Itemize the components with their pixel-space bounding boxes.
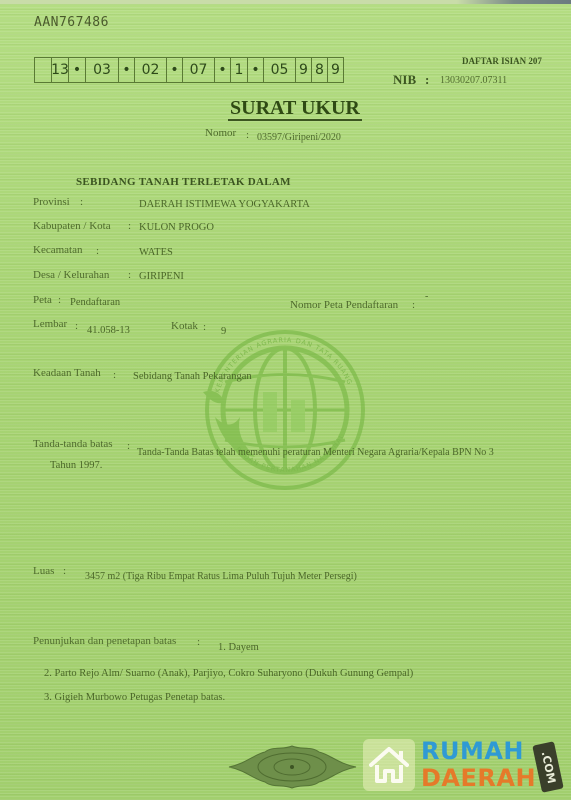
nomor-label: Nomor	[205, 127, 236, 139]
form-name: DAFTAR ISIAN 207	[462, 56, 542, 66]
kotak-colon: :	[203, 321, 206, 333]
desa-label: Desa / Kelurahan	[33, 269, 109, 281]
nomor-colon: :	[246, 129, 249, 141]
house-icon-background	[363, 739, 415, 791]
code-cell-pad	[35, 58, 52, 82]
logo-word-daerah: DAERAH	[421, 764, 536, 792]
lembar-value: 41.058-13	[87, 325, 130, 336]
nomor-value: 03597/Giripeni/2020	[257, 132, 341, 143]
kotak-label: Kotak	[171, 320, 198, 332]
document-title: SURAT UKUR	[228, 97, 362, 121]
batas-value-line2: Tahun 1997.	[50, 460, 102, 471]
kecamatan-colon: :	[96, 245, 99, 257]
code-cell: 03	[86, 58, 119, 82]
code-cell: 05	[264, 58, 296, 82]
bpn-emblem-watermark: KEMENTERIAN AGRARIA DAN TATA RUANG BADAN…	[195, 322, 375, 497]
desa-colon: :	[128, 269, 131, 281]
keadaan-value: Sebidang Tanah Pekarangan	[133, 371, 252, 382]
logo-com-text: .COM	[538, 750, 557, 785]
code-cell: •	[69, 58, 86, 82]
nomor-peta-value: -	[425, 291, 428, 302]
house-icon	[363, 739, 415, 791]
boundary-item: 1. Dayem	[218, 642, 259, 653]
provinsi-label: Provinsi	[33, 196, 70, 208]
code-cell: 02	[135, 58, 167, 82]
kabupaten-label: Kabupaten / Kota	[33, 220, 111, 232]
peta-colon: :	[58, 294, 61, 306]
provinsi-value: DAERAH ISTIMEWA YOGYAKARTA	[139, 199, 310, 210]
rumahdaerah-watermark-logo: RUMAH DAERAH .COM	[361, 737, 571, 800]
parcel-code-box: 13 • 03 • 02 • 07 • 1 • 05 9 8 9	[34, 57, 344, 83]
boundaries-colon: :	[197, 636, 200, 648]
boundary-item: 2. Parto Rejo Alm/ Suarno (Anak), Parjiy…	[44, 668, 413, 679]
code-cell: 07	[183, 58, 215, 82]
section-title: SEBIDANG TANAH TERLETAK DALAM	[76, 176, 291, 188]
kecamatan-value: WATES	[139, 247, 173, 258]
code-cell: •	[215, 58, 231, 82]
nomor-peta-colon: :	[412, 299, 415, 311]
serial-number: AAN767486	[34, 15, 109, 30]
kabupaten-value: KULON PROGO	[139, 222, 214, 233]
code-cell: 9	[328, 58, 343, 82]
provinsi-colon: :	[80, 196, 83, 208]
logo-word-rumah: RUMAH	[421, 737, 524, 765]
nomor-peta-label: Nomor Peta Pendaftaran	[290, 299, 398, 311]
batas-colon: :	[127, 440, 130, 452]
luas-label: Luas	[33, 565, 54, 577]
lembar-colon: :	[75, 320, 78, 332]
luas-value: 3457 m2 (Tiga Ribu Empat Ratus Lima Pulu…	[85, 571, 357, 582]
code-cell: •	[248, 58, 264, 82]
code-cell: 13	[52, 58, 69, 82]
code-cell: 9	[296, 58, 312, 82]
code-cell: 1	[231, 58, 248, 82]
peta-value: Pendaftaran	[70, 297, 120, 308]
nib-label: NIB	[393, 72, 416, 88]
luas-colon: :	[63, 565, 66, 577]
boundary-item: 3. Gigieh Murbowo Petugas Penetap batas.	[44, 692, 225, 703]
code-cell: 8	[312, 58, 328, 82]
nib-value: 13030207.07311	[440, 75, 507, 86]
lembar-label: Lembar	[33, 318, 67, 330]
keadaan-label: Keadaan Tanah	[33, 367, 101, 379]
desa-value: GIRIPENI	[139, 271, 184, 282]
logo-com-tag: .COM	[532, 741, 563, 793]
kecamatan-label: Kecamatan	[33, 244, 82, 256]
nib-colon: :	[425, 72, 429, 88]
scan-top-edge	[0, 0, 571, 4]
kabupaten-colon: :	[128, 220, 131, 232]
code-cell: •	[167, 58, 183, 82]
keadaan-colon: :	[113, 369, 116, 381]
code-cell: •	[119, 58, 135, 82]
batas-label: Tanda-tanda batas	[33, 438, 113, 450]
ornamental-seal	[225, 742, 360, 792]
boundaries-label: Penunjukan dan penetapan batas	[33, 635, 176, 647]
peta-label: Peta	[33, 294, 52, 306]
kotak-value: 9	[221, 326, 226, 337]
batas-value-line1: Tanda-Tanda Batas telah memenuhi peratur…	[137, 447, 494, 458]
